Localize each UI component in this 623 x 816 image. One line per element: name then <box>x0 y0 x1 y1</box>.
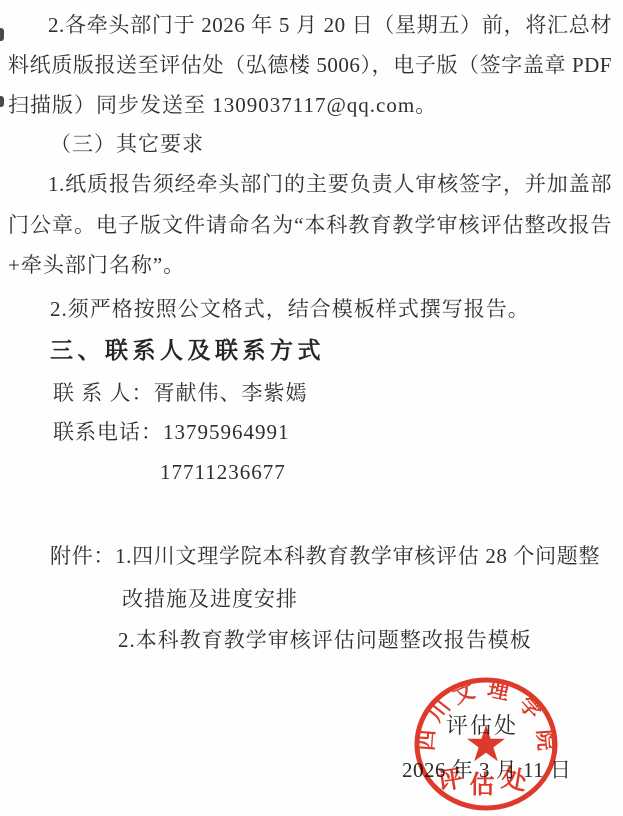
seal-bottom-char: 估 <box>469 771 494 799</box>
paragraph-line: 1.纸质报告须经牵头部门的主要负责人审核签字，并加盖部 <box>48 171 612 197</box>
contact-person-line: 联 系 人：胥献伟、李紫嫣 <box>53 380 308 406</box>
paragraph-line: 料纸质版报送至评估处（弘德楼 5006），电子版（签字盖章 PDF <box>8 52 612 78</box>
paragraph-line: +牵头部门名称”。 <box>8 252 185 278</box>
seal-bottom-char: 评 <box>435 764 464 796</box>
attachment-line-1: 附件：1.四川文理学院本科教育教学审核评估 28 个问题整 <box>50 543 600 569</box>
contact-phone-line-2: 17711236677 <box>160 459 286 485</box>
seal-arc-char: 文 <box>450 679 478 708</box>
seal-arc-char: 四 <box>415 729 439 752</box>
scan-artifact <box>0 96 4 107</box>
paragraph-line: 2.各牵头部门于 2026 年 5 月 20 日（星期五）前，将汇总材 <box>48 12 612 38</box>
seal-arc-char: 理 <box>486 678 512 705</box>
paragraph-line: 门公章。电子版文件请命名为“本科教育教学审核评估整改报告 <box>8 212 612 238</box>
paragraph-line: 扫描版）同步发送至 1309037117@qq.com。 <box>8 92 437 118</box>
seal-star-icon <box>467 725 505 761</box>
seal-arc-char: 学 <box>514 692 546 724</box>
document-page: 2.各牵头部门于 2026 年 5 月 20 日（星期五）前，将汇总材 料纸质版… <box>0 0 623 816</box>
seal-arc-char: 川 <box>424 695 455 726</box>
section-heading-contacts: 三、联系人及联系方式 <box>50 337 325 363</box>
attachment-line-1-cont: 改措施及进度安排 <box>122 586 298 612</box>
attachment-line-2: 2.本科教育教学审核评估问题整改报告模板 <box>118 627 532 653</box>
seal-arc-char: 院 <box>533 729 557 752</box>
paragraph-line: 2.须严格按照公文格式，结合模板样式撰写报告。 <box>50 296 530 322</box>
scan-artifact <box>0 28 4 41</box>
seal-bottom-char: 处 <box>499 764 528 796</box>
contact-phone-line: 联系电话：13795964991 <box>53 419 290 445</box>
subheading-other-requirements: （三）其它要求 <box>50 131 204 157</box>
official-seal: 四 川 文 理 学 院 评 估 处 <box>411 674 561 814</box>
seal-bottom-text: 评 估 处 <box>435 764 528 799</box>
